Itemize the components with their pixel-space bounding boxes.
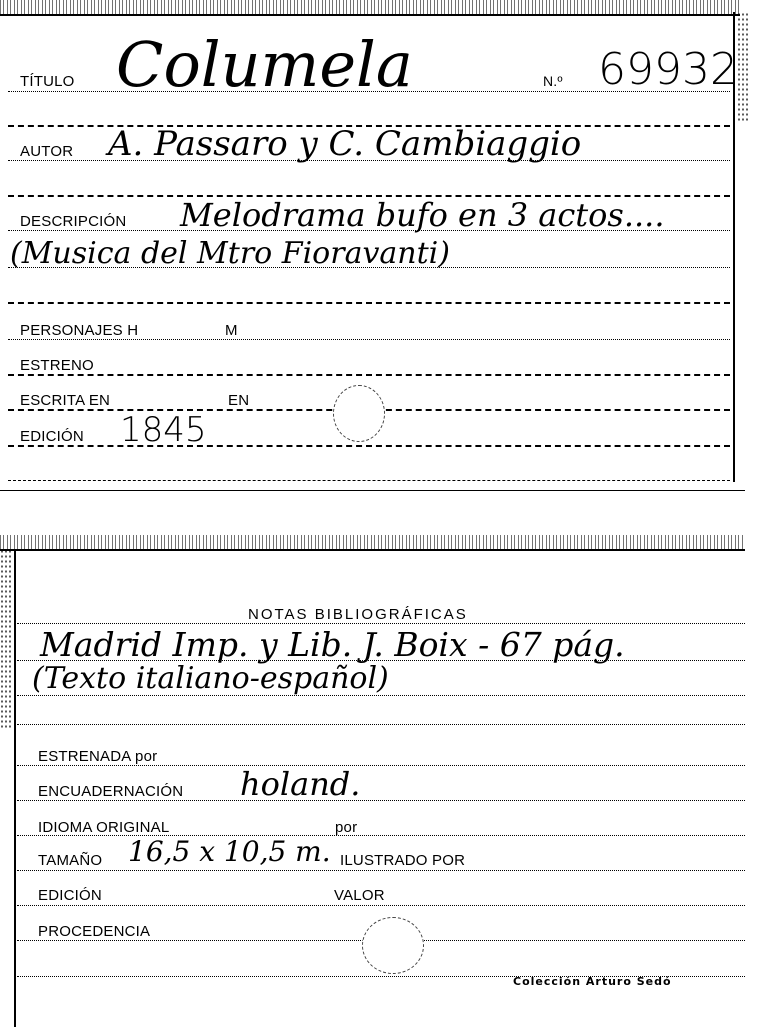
label-edicion: EDICIÓN	[20, 428, 84, 445]
label-procedencia: PROCEDENCIA	[38, 923, 150, 940]
label-estrenada-por: ESTRENADA por	[38, 748, 157, 765]
label-idioma-original: IDIOMA ORIGINAL	[38, 819, 169, 836]
rule-personajes	[8, 339, 730, 340]
card-left-edge	[14, 549, 16, 1027]
value-edicion: 1845	[120, 410, 207, 450]
rule-blank	[17, 724, 745, 725]
value-autor: A. Passaro y C. Cambiaggio	[108, 124, 581, 164]
label-escrita-en-lugar: EN	[228, 392, 249, 409]
rule-encuadernacion	[17, 800, 745, 801]
label-edicion-back: EDICIÓN	[38, 887, 102, 904]
punch-hole	[333, 385, 385, 442]
rule-edicion-back	[17, 905, 745, 906]
label-personajes-h: PERSONAJES H	[20, 322, 138, 339]
label-idioma-por: por	[335, 819, 357, 836]
label-ilustrado-por: ILUSTRADO POR	[340, 852, 465, 869]
rule-descripcion	[8, 230, 730, 231]
label-escrita-en: ESCRITA EN	[20, 392, 110, 409]
catalog-card-front: TÍTULO Columela N.º 69932 AUTOR A. Passa…	[0, 0, 759, 495]
label-tamano: TAMAÑO	[38, 852, 102, 869]
rule-estreno	[8, 374, 730, 376]
rule-note-2	[17, 695, 745, 696]
collection-stamp: Colección Arturo Sedó	[513, 975, 672, 988]
note-line-1: Madrid Imp. y Lib. J. Boix - 67 pág.	[40, 625, 625, 664]
rule-edicion	[8, 445, 730, 447]
label-titulo: TÍTULO	[20, 73, 75, 90]
label-personajes-m: M	[225, 322, 238, 339]
rule-notas	[17, 623, 745, 624]
value-descripcion-line2: (Musica del Mtro Fioravanti)	[10, 236, 450, 271]
section-title-notas: NOTAS BIBLIOGRÁFICAS	[248, 606, 468, 623]
value-encuadernacion: holand.	[240, 765, 360, 803]
rule-titulo	[8, 91, 730, 92]
value-numero: 69932	[598, 44, 738, 95]
rule-descripcion-2	[8, 267, 730, 268]
rule-autor	[8, 160, 730, 161]
note-line-2: (Texto italiano-español)	[32, 661, 389, 696]
scan-speckle	[0, 549, 12, 729]
rule-tamano	[17, 870, 745, 871]
card-top-edge	[0, 14, 740, 16]
punch-hole	[362, 917, 424, 974]
card-top-edge	[0, 549, 745, 551]
label-encuadernacion: ENCUADERNACIÓN	[38, 783, 183, 800]
label-valor: VALOR	[334, 887, 385, 904]
label-autor: AUTOR	[20, 143, 73, 160]
rule-estrenada	[17, 765, 745, 766]
card-bottom-edge	[0, 490, 745, 491]
scan-speckle	[737, 12, 749, 122]
label-descripcion: DESCRIPCIÓN	[20, 213, 126, 230]
label-numero: N.º	[543, 73, 563, 89]
value-descripcion: Melodrama bufo en 3 actos....	[180, 196, 665, 234]
label-estreno: ESTRENO	[20, 357, 94, 374]
rule-blank-3	[8, 302, 730, 304]
catalog-card-back: NOTAS BIBLIOGRÁFICAS Madrid Imp. y Lib. …	[0, 535, 759, 1028]
value-tamano: 16,5 x 10,5 m.	[128, 835, 331, 868]
rule-idioma	[17, 835, 745, 836]
rule-bottom	[8, 480, 730, 481]
